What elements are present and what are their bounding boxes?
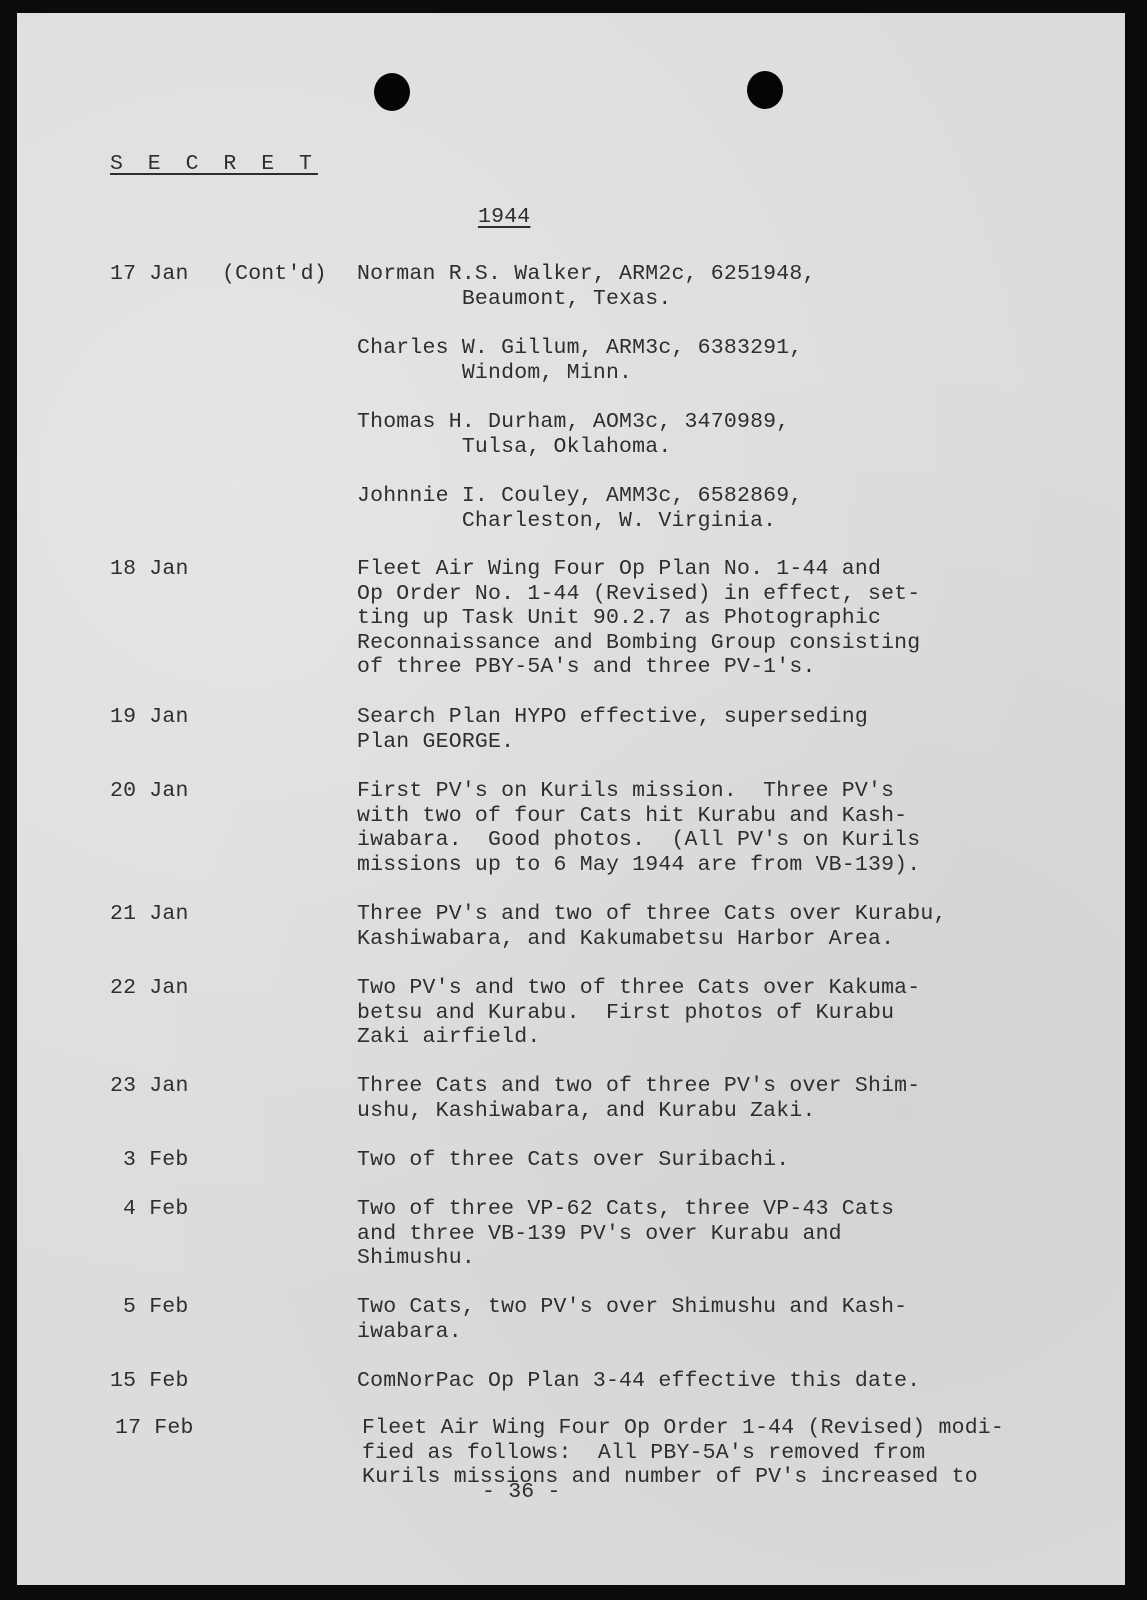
entry-text: First PV's on Kurils mission. Three PV's… [357, 779, 920, 877]
entry-line: Op Order No. 1-44 (Revised) in effect, s… [357, 582, 920, 606]
entry-line: iwabara. [357, 1320, 462, 1344]
entry-date: 17 Jan [110, 262, 189, 287]
entry-date: 4 Feb [123, 1197, 189, 1222]
entry-line: Kashiwabara, and Kakumabetsu Harbor Area… [357, 927, 894, 951]
entry-line: Zaki airfield. [357, 1025, 540, 1049]
entry-line: Three Cats and two of three PV's over Sh… [357, 1074, 920, 1098]
punch-hole-right [747, 71, 783, 109]
entry-line: Tulsa, Oklahoma. [357, 435, 671, 459]
entry-date: 5 Feb [123, 1295, 189, 1320]
entry-line: Reconnaissance and Bombing Group consist… [357, 631, 920, 655]
entry-line: Two Cats, two PV's over Shimushu and Kas… [357, 1295, 907, 1319]
entry-line: Three PV's and two of three Cats over Ku… [357, 902, 947, 926]
entry-line: Fleet Air Wing Four Op Order 1-44 (Revis… [362, 1416, 1004, 1440]
entry-text: Two PV's and two of three Cats over Kaku… [357, 976, 920, 1050]
entry-date: 18 Jan [110, 557, 189, 582]
entry-text: Fleet Air Wing Four Op Order 1-44 (Revis… [362, 1416, 1004, 1490]
entry-line: of three PBY-5A's and three PV-1's. [357, 655, 816, 679]
entry-line: Charles W. Gillum, ARM3c, 6383291, [357, 336, 802, 360]
entry-line: ushu, Kashiwabara, and Kurabu Zaki. [357, 1099, 816, 1123]
entry-text: Two Cats, two PV's over Shimushu and Kas… [357, 1295, 907, 1344]
entry-text: Thomas H. Durham, AOM3c, 3470989, Tulsa,… [357, 410, 789, 459]
entry-line: and three VB-139 PV's over Kurabu and [357, 1222, 842, 1246]
entry-text: ComNorPac Op Plan 3-44 effective this da… [357, 1369, 920, 1394]
entry-line: Two of three Cats over Suribachi. [357, 1148, 789, 1172]
entry-text: Norman R.S. Walker, ARM2c, 6251948, Beau… [357, 262, 816, 311]
entry-line: Johnnie I. Couley, AMM3c, 6582869, [357, 484, 802, 508]
entry-line: Thomas H. Durham, AOM3c, 3470989, [357, 410, 789, 434]
entry-date: 23 Jan [110, 1074, 189, 1099]
entry-line: Shimushu. [357, 1246, 475, 1270]
entry-line: betsu and Kurabu. First photos of Kurabu [357, 1001, 894, 1025]
entry-date: 19 Jan [110, 705, 189, 730]
entry-line: ComNorPac Op Plan 3-44 effective this da… [357, 1369, 920, 1393]
entry-line: Norman R.S. Walker, ARM2c, 6251948, [357, 262, 816, 286]
entry-line: Search Plan HYPO effective, superseding [357, 705, 868, 729]
year-heading: 1944 [478, 205, 530, 230]
entry-line: iwabara. Good photos. (All PV's on Kuril… [357, 828, 920, 852]
entry-text: Johnnie I. Couley, AMM3c, 6582869, Charl… [357, 484, 802, 533]
entry-line: Two PV's and two of three Cats over Kaku… [357, 976, 920, 1000]
entry-text: Search Plan HYPO effective, superseding … [357, 705, 868, 754]
entry-date: 17 Feb [115, 1416, 194, 1441]
entry-text: Two of three Cats over Suribachi. [357, 1148, 789, 1173]
entry-line: fied as follows: All PBY-5A's removed fr… [362, 1441, 925, 1465]
entry-line: missions up to 6 May 1944 are from VB-13… [357, 853, 920, 877]
entry-line: with two of four Cats hit Kurabu and Kas… [357, 804, 907, 828]
entry-line: First PV's on Kurils mission. Three PV's [357, 779, 894, 803]
entry-date: 15 Feb [110, 1369, 189, 1394]
entry-line: Charleston, W. Virginia. [357, 509, 776, 533]
entry-date: 21 Jan [110, 902, 189, 927]
entry-text: Three PV's and two of three Cats over Ku… [357, 902, 947, 951]
entry-text: Charles W. Gillum, ARM3c, 6383291, Windo… [357, 336, 802, 385]
entry-line: ting up Task Unit 90.2.7 as Photographic [357, 606, 881, 630]
entry-text: Fleet Air Wing Four Op Plan No. 1-44 and… [357, 557, 920, 680]
entry-date: 3 Feb [123, 1148, 189, 1173]
entry-date: 22 Jan [110, 976, 189, 1001]
entry-line: Kurils missions and number of PV's incre… [362, 1465, 978, 1489]
entry-line: Plan GEORGE. [357, 730, 514, 754]
classification-marking: S E C R E T [110, 152, 318, 177]
entry-line: Beaumont, Texas. [357, 287, 671, 311]
entry-date: 20 Jan [110, 779, 189, 804]
entry-note: (Cont'd) [222, 262, 327, 287]
page-number: - 36 - [482, 1480, 561, 1505]
entry-line: Two of three VP-62 Cats, three VP-43 Cat… [357, 1197, 894, 1221]
entry-text: Two of three VP-62 Cats, three VP-43 Cat… [357, 1197, 894, 1271]
entry-line: Fleet Air Wing Four Op Plan No. 1-44 and [357, 557, 881, 581]
entry-text: Three Cats and two of three PV's over Sh… [357, 1074, 920, 1123]
entry-line: Windom, Minn. [357, 361, 632, 385]
punch-hole-left [374, 73, 410, 111]
